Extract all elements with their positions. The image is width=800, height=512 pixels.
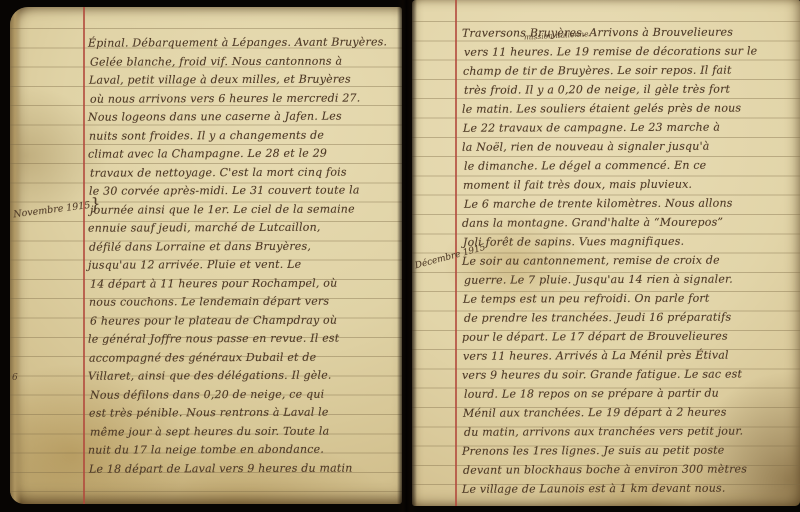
handwriting-line: vers 11 heures. Arrivés à La Ménil près … [462,345,800,365]
handwriting-line: le 30 corvée après-midi. Le 31 couvert t… [88,181,402,201]
handwriting-line: accompagné des généraux Dubail et de [88,348,402,368]
right-page-text: Traversons Bruyères. Arrivons à Brouveli… [462,23,800,498]
handwriting-line: champ de tir de Bruyères. Le soir repos.… [462,60,800,80]
handwriting-line: Laval, petit village à deux milles, et B… [88,70,402,90]
handwriting-line: 6 heures pour le plateau de Champdray où [88,311,402,331]
handwriting-line: Le 6 marche de trente kilomètres. Nous a… [462,193,800,213]
handwriting-line: Le village de Launois est à 1 km devant … [462,478,800,498]
handwriting-line: nuit du 17 la neige tombe en abondance. [88,440,402,460]
margin-note-november-text: Novembre 1915 [13,200,91,220]
handwriting-line: très froid. Il y a 0,20 de neige, il gèl… [462,79,800,99]
right-page: Décembre 1915 mission italienne Traverso… [412,0,800,506]
handwriting-line: dans la montagne. Grand'halte à “Mourepo… [462,212,800,232]
handwriting-line: Épinal. Débarquement à Lépanges. Avant B… [88,33,402,53]
handwriting-line: Le temps est un peu refroidi. On parle f… [462,288,800,308]
handwriting-line: Le 22 travaux de campagne. Le 23 marche … [462,117,800,137]
handwriting-line: 14 départ à 11 heures pour Rochampel, où [88,274,402,294]
handwriting-line: journée ainsi que le 1er. Le ciel de la … [88,200,402,220]
handwriting-line: devant un blockhaus boche à environ 300 … [462,459,800,479]
red-margin-line-left [83,7,85,504]
handwriting-line: Le soir au cantonnement, remise de croix… [462,250,800,270]
handwriting-line: le général Joffre nous passe en revue. I… [88,329,402,349]
handwriting-line: nuits sont froides. Il y a changements d… [88,126,402,146]
handwriting-line: lourd. Le 18 repos on se prépare à parti… [462,383,800,403]
left-page-text: Épinal. Débarquement à Lépanges. Avant B… [88,34,402,478]
handwriting-line: de prendre les tranchées. Jeudi 16 prépa… [462,307,800,327]
handwriting-line: jusqu'au 12 arrivée. Pluie et vent. Le [88,255,402,275]
notebook-scan: Novembre 1915} 6 Épinal. Débarquement à … [0,0,800,512]
handwriting-line: Gelée blanche, froid vif. Nous cantonnon… [88,52,402,72]
handwriting-line: guerre. Le 7 pluie. Jusqu'au 14 rien à s… [462,269,800,289]
handwriting-line: où nous arrivons vers 6 heures le mercre… [88,89,402,109]
handwriting-line: même jour à sept heures du soir. Toute l… [88,422,402,442]
handwriting-line: Le 18 départ de Laval vers 9 heures du m… [88,459,402,479]
handwriting-line: Nous logeons dans une caserne à Jafen. L… [88,107,402,127]
handwriting-line: la Noël, rien de nouveau à signaler jusq… [462,136,800,156]
handwriting-line: Villaret, ainsi que des délégations. Il … [88,366,402,386]
handwriting-line: du matin, arrivons aux tranchées vers pe… [462,421,800,441]
handwriting-line: Ménil aux tranchées. Le 19 départ à 2 he… [462,402,800,422]
handwriting-line: ennuie sauf jeudi, marché de Lutcaillon, [88,218,402,238]
edge-ink-mark: 6 [12,373,18,383]
handwriting-line: le matin. Les souliers étaient gelés prè… [462,98,800,118]
handwriting-line: Traversons Bruyères. Arrivons à Brouveli… [462,22,800,42]
handwriting-line: travaux de nettoyage. C'est la mort cinq… [88,163,402,183]
handwriting-line: pour le départ. Le 17 départ de Brouveli… [462,326,800,346]
handwriting-line: le dimanche. Le dégel a commencé. En ce [462,155,800,175]
handwriting-line: moment il fait très doux, mais pluvieux. [462,174,800,194]
handwriting-line: nous couchons. Le lendemain départ vers [88,292,402,312]
handwriting-line: Prenons les 1res lignes. Je suis au peti… [462,440,800,460]
handwriting-line: est très pénible. Nous rentrons à Laval … [88,403,402,423]
handwriting-line: Joli forêt de sapins. Vues magnifiques. [462,231,800,251]
handwriting-line: Nous défilons dans 0,20 de neige, ce qui [88,385,402,405]
handwriting-line: climat avec la Champagne. Le 28 et le 29 [88,144,402,164]
left-page: Novembre 1915} 6 Épinal. Débarquement à … [10,7,402,504]
handwriting-line: vers 9 heures du soir. Grande fatigue. L… [462,364,800,384]
handwriting-line: vers 11 heures. Le 19 remise de décorati… [462,41,800,61]
handwriting-line: défilé dans Lorraine et dans Bruyères, [88,237,402,257]
